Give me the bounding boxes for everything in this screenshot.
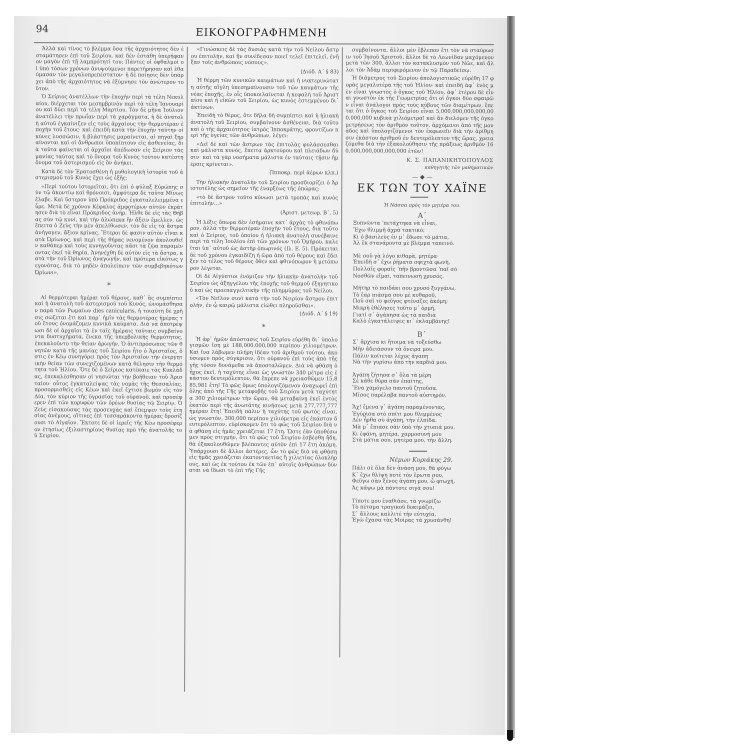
verse-line: Μῖσος παρέλαβα παντοῦ αὐστηρόν. (352, 392, 492, 399)
poem-epigraph: Ἡ Νάσσα πρὸς τὸν μητέρα του. (345, 204, 493, 211)
stanza: Σ᾽ ἄρχισα κι ἤτοιμα νὰ τοξεύσθωΜὴν ἀδειά… (352, 340, 492, 367)
header-rule (34, 42, 494, 45)
column-2-paragraphs-mid: Ἡ λέξις ὅπωρα δὲν ἐσήμαινε κατ᾽ ἀρχὰς τὸ… (190, 219, 338, 309)
column-1-paragraphs: Ἀλλὰ καὶ τίνος τὸ βλέμμα ὅσα τῆς ἀρχαιότ… (35, 46, 184, 277)
paragraph: «Γινώσκεις δὲ τὰς δυσιὰς κατὰ τὴν τοῦ Νε… (191, 47, 339, 67)
stanza: Μήτηρ τὸ παιδάκι σου χρυσό ξυγγάνω,Τὸ ἔα… (353, 286, 493, 326)
paragraph: Τὴν ἡλιακὴν ἀνατολὴν τοῦ Σειρίου προσδιο… (190, 179, 338, 193)
verse-line: Καλὸ ἐγκατάλειψες κι᾽ ἐκλαμβάνης! (353, 319, 493, 326)
paragraph: Οἱ δὲ Αἰγύπτιοι ἐνόμιζον τὴν ἡλιακὴν ἀνα… (190, 274, 338, 294)
column-divider (184, 47, 188, 692)
paragraph: «Περὶ τούτου ἱστορεῖται, ὅτι ἐπὶ ὁ φύλαξ… (35, 184, 183, 277)
poem-part-label: Α´ (345, 212, 493, 219)
paragraph: Ἡ λέξις ὅπωρα δὲν ἐσήμαινε κατ᾽ ἀρχὰς τὸ… (190, 219, 338, 272)
newspaper-page: 94 ΕΙΚΟΝΟΓΡΑΦΗΜΕΝΗ Ἀλλὰ καὶ τίνος τὸ βλέ… (11, 16, 508, 735)
column-3: συμβαίνοντα, ἄλλοι μὲν ἔβλεπον ἔτι τὸν ν… (344, 47, 494, 531)
verse-line: Ἐγὼ ἔχασα τὰς Μοίρας τὰ χρυσάνθη! (352, 518, 492, 525)
paragraph: «Τὸν Νεῖλον συνὶ κατὰ τὴν τοῦ Νειρίου ἄσ… (190, 296, 338, 310)
section-star: * (190, 324, 338, 331)
section-star: * (35, 282, 183, 289)
column-1: Ἀλλὰ καὶ τίνος τὸ βλέμμα ὅσα τῆς ἀρχαιότ… (34, 46, 184, 442)
poem-2: Πάλι σὲ ὅλα δὲν ἀνάση μου, θὰ φύγωΚ᾽ ἔχω… (344, 466, 492, 525)
title-rule (410, 197, 428, 198)
stanza: Ξυπνῶντα ʼπετάχτηκα νὰ εἶναι,Ἔχω θλιμμῆ … (353, 221, 493, 248)
verse-line: Στὰ μάτια σου, μητέρα μου, τὴν ἄλλη. (352, 438, 492, 445)
author-title: καθηγητὴς τῶν μαθηματικῶν (345, 166, 493, 173)
stanza: Μὲ σοῦ γὰ λόγο κιθαρὰ, μητέρα·Ἐπειδὴ σ᾽ … (353, 253, 493, 280)
poem-part-label: Β´ (345, 331, 493, 338)
stanza: Πάλι σὲ ὅλα δὲν ἀνάση μου, θὰ φύγωΚ᾽ ἔχω… (352, 466, 492, 493)
paragraph: Ἀλλὰ καὶ τίνος τὸ βλέμμα ὅσα τῆς ἀρχαιότ… (36, 46, 184, 93)
paragraph: Ἐπειδὴ τὸ θέρος, ὅτε δῆλα δὴ συμπίπτει κ… (190, 113, 338, 140)
column-divider (339, 47, 343, 657)
author-signature: Κ. Σ. ΠΑΠΑΝΙΚΗΤΟΠΟΥΛΟΣ (345, 157, 493, 164)
masthead-title: ΕΙΚΟΝΟΓΡΑΦΗΜΕΝΗ (34, 26, 489, 40)
citation: (Ἱπποκρ. περὶ ἀέρων κλπ.) (190, 170, 338, 177)
verse-line: Ἀλ ἔκ στανάροντα μὲ βλέμμα ταπεινό. (353, 241, 493, 248)
paragraph: Ὁ Σείριος ἀνατέλλων τὴν ἐποχὴν περὶ τὰ τ… (35, 94, 183, 167)
column-1-paragraphs-after-star: Αἱ θερμότεραι ἡμέραι τοῦ θέρους, καθ᾽ ἃς… (34, 295, 183, 441)
paragraph: Ἡ ἀφ᾽ ἡμῶν ἀπόστασις τοῦ Σειρίου εὑρέθη … (189, 336, 338, 475)
paragraph: «Δεῖ δὲ καὶ τῶν ἄστρων τὰς ἐπιτολὰς φυλά… (190, 141, 338, 168)
binding-clip (507, 730, 513, 741)
paragraph: συμβαίνοντα, ἄλλοι μὲν ἔβλεπον ἔτι τὸν ν… (346, 47, 494, 74)
page-binding-edge (507, 16, 515, 738)
column-3-paragraphs: συμβαίνοντα, ἄλλοι μὲν ἔβλεπον ἔτι τὸν ν… (345, 47, 493, 155)
verse-line: Ἀς κάψω μὰ πάντοτε σιγὰ σου! (352, 486, 492, 493)
poem-part-2: Σ᾽ ἄρχισα κι ἤτοιμα νὰ τοξεύσθωΜὴν ἀδειά… (344, 340, 492, 445)
verse-line: Νοσθῶν εἴμαι, ταπεινωσὴ χρυσός. (353, 273, 493, 280)
paragraph: Αἱ θερμότεραι ἡμέραι τοῦ θέρους, καθ᾽ ἃς… (34, 295, 183, 441)
citation: (Διόδ. Α´ § 19) (190, 311, 338, 318)
verse-line: Νὰ τὴν γυρίσω ἀπὸ τὴν καρδιά μου. (352, 360, 492, 367)
ornament-divider: — ◆ — (345, 174, 493, 181)
poem-part-1: Ξυπνῶντα ʼπετάχτηκα νὰ εἶναι,Ἔχω θλιμμῆ … (345, 221, 493, 326)
stanza: Ἀγάπη ζήτησα σ᾽ ὅλα τὰ μέρηΣὲ κάθε θύρα … (352, 372, 492, 399)
page-header: 94 ΕΙΚΟΝΟΓΡΑΦΗΜΕΝΗ (34, 24, 489, 42)
stanza: Τίποτε μου ἐναθιάσε, τὰ γνωρίζωΤὸ πέταμα… (352, 498, 492, 525)
paragraph: Ἡ θέρμη τῶν κυνικῶν καυμάτων καὶ ἡ νυκτε… (191, 78, 339, 112)
stanza: Ἄχ! ἔμενα γ᾽ ἀγάπη παραμένοντας,Ἐγύρισα … (352, 405, 492, 445)
poem-2-heading: Νέμων Κυριάκης 29. (344, 457, 492, 464)
poem-rule (409, 450, 427, 451)
citation: (Ἀριστ. μετεωρ. Β´, 5) (190, 210, 338, 217)
column-2-paragraphs-after-star: Ἡ ἀφ᾽ ἡμῶν ἀπόστασις τοῦ Σειρίου εὑρέθη … (189, 336, 338, 475)
paragraph: Κατὰ δὲ τὸν Ἐρατοσθένη ἡ μυθολογικὴ ἱστο… (35, 169, 183, 183)
paragraph: «τὸ δὲ ἄστρον τοῦτο κύνωσι μετὰ τροπὰς κ… (190, 195, 338, 209)
paragraph: Ἡ διάμετρος τοῦ Σειρίου ἀπολογιστικῶς εὑ… (345, 76, 493, 156)
citation: (Διόδ. Α´ § 83) (191, 69, 339, 76)
poem-title: ΕΚ ΤΩΝ ΤΟΥ ΧΑΪΝΕ (345, 183, 493, 196)
column-2: «Γινώσκεις δὲ τὰς δυσιὰς κατὰ τὴν τοῦ Νε… (189, 47, 339, 478)
